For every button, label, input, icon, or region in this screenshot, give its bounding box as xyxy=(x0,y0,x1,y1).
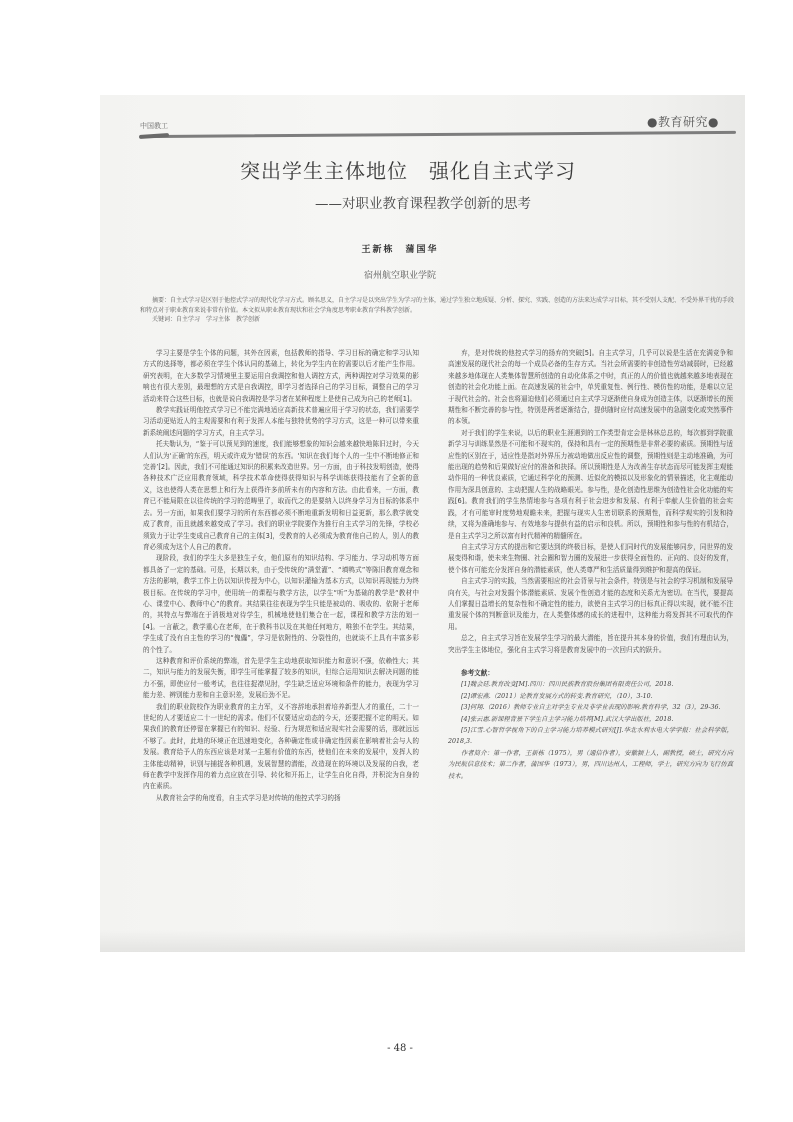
article-subtitle: ——对职业教育课程教学创新的思考 xyxy=(243,192,603,212)
author-affiliation: 宿州航空职业学院 xyxy=(300,268,500,281)
reference-item: [5]江雪.心智哲学视角下的自主学习能力培养模式研究[J].华北水利水电大学学报… xyxy=(448,725,733,748)
paragraph: 自主式学习方式的提出和它要达到的终极目标，是使人们同时代的发展能够同步，同世界的… xyxy=(448,542,733,576)
article-authors: 王新栋 蒲国华 xyxy=(300,242,500,255)
page-number: - 48 - xyxy=(380,1043,420,1054)
references-heading: 参考文献： xyxy=(461,668,733,679)
section-label: ●教育研究● xyxy=(647,113,719,130)
journal-name: 中国教工 xyxy=(140,121,168,131)
reference-item: [2]谭宏燕.（2011）论教育发展方式的转变.教育研究，（10），3-10. xyxy=(448,691,733,702)
paragraph: 总之，自主式学习旨在发展学生学习的最大潜能，旨在提升其本身的价值，我们有理由认为… xyxy=(448,633,733,656)
paragraph: 现阶段，我们的学生大多是独生子女，他们原有的知识结构、学习能力、学习动机等方面都… xyxy=(143,553,419,656)
reference-item: [3]何翔.（2016）教师专业自主对学生专业及非学业表现的影响.教育科学，32… xyxy=(448,702,733,713)
paragraph: 这种教育和评价系统的弊端，首先是学生主动地获取知识能力和意识不强，依赖性大；其二… xyxy=(143,656,419,702)
paragraph: 教学实践证明他控式学习已不能完满地适应高新技术普遍应用于学习的状态，我们需要学习… xyxy=(143,405,419,439)
paragraph: 托夫勒认为，“鉴于可以预见到的速度，我们能够想象的知识会越来越快地陈旧过时，今天… xyxy=(143,439,419,553)
body-column-left: 学习主要是学生个体的问题，其外在因素，包括教师的指导、学习目标的确定和学习认知方… xyxy=(143,348,419,804)
author-bio: 作者简介：第一作者，王新栋（1975），男（通信作者），安徽颍上人，副教授，硕士… xyxy=(448,748,733,782)
paragraph: 对于我们的学生来说，以后的职业生涯遇到的工作类型肯定会是林林总总的，每次都到学院… xyxy=(448,428,733,542)
paragraph: 学习主要是学生个体的问题，其外在因素，包括教师的指导、学习目标的确定和学习认知方… xyxy=(143,348,419,405)
paragraph: 我们的职业院校作为职业教育的主力军，义不容辞地承担着培养新型人才的重任，二十一世… xyxy=(143,702,419,793)
reference-item: [1]魏会廷.教育改变[M].四川：四川民族教育股份集团有限责任公司，2018. xyxy=(448,679,733,690)
scan-edge-shadow xyxy=(100,930,745,952)
abstract-text: 摘要：自主式学习是区别于他控式学习的现代化学习方式。顾名思义，自主学习是以突出学… xyxy=(140,296,735,315)
paragraph: 弃，是对传统的他控式学习的扬弃的突破[5]。自主式学习，几乎可以说是生活在充满竞… xyxy=(448,348,733,428)
reference-item: [4]张云惠.新课程背景下学生自主学习能力培养[M].武汉大学出版社，2018. xyxy=(448,714,733,725)
abstract-block: 摘要：自主式学习是区别于他控式学习的现代化学习方式。顾名思义，自主学习是以突出学… xyxy=(140,296,735,325)
paragraph: 自主式学习的实践，当然需要相应的社会背景与社会条件，特别是与社会的学习机制和发展… xyxy=(448,576,733,633)
article-title: 突出学生主体地位 强化自主式学习 xyxy=(240,155,620,184)
paragraph: 从教育社会学的角度看，自主式学习是对传统的他控式学习的扬 xyxy=(143,793,419,804)
body-column-right: 弃，是对传统的他控式学习的扬弃的突破[5]。自主式学习，几乎可以说是生活在充满竞… xyxy=(448,348,733,782)
keywords: 关键词：自主学习 学习主体 教学创新 xyxy=(140,315,735,325)
